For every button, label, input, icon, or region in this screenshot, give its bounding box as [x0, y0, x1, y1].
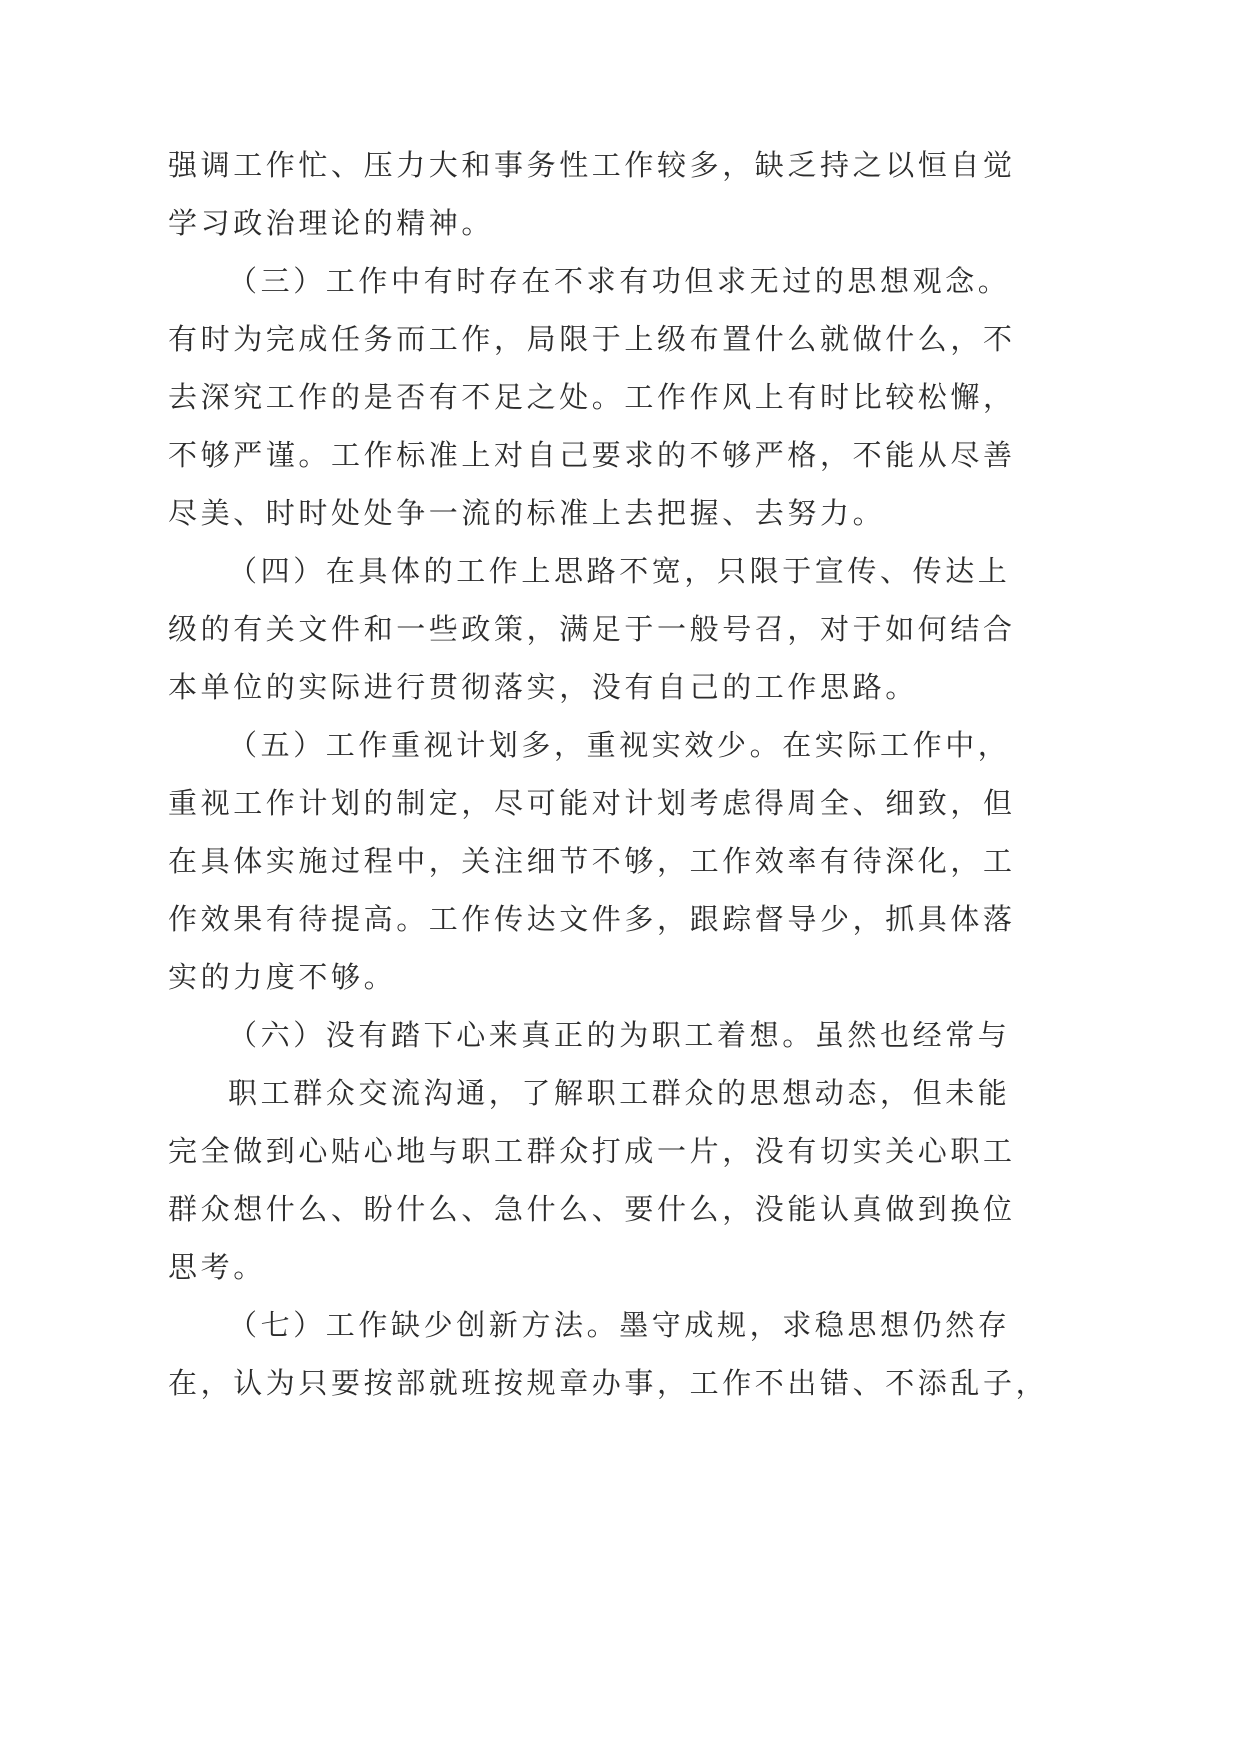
text-line: 学习政治理论的精神。 — [168, 203, 948, 243]
text-line: 群众想什么、盼什么、急什么、要什么，没能认真做到换位 — [168, 1189, 948, 1229]
text-line: 完全做到心贴心地与职工群众打成一片，没有切实关心职工 — [168, 1131, 948, 1171]
text-line: 实的力度不够。 — [168, 957, 948, 997]
text-line: 强调工作忙、压力大和事务性工作较多，缺乏持之以恒自觉 — [168, 145, 948, 185]
section-heading-4: （四）在具体的工作上思路不宽，只限于宣传、传达上 — [228, 551, 948, 591]
text-line: 重视工作计划的制定，尽可能对计划考虑得周全、细致，但 — [168, 783, 948, 823]
text-line: 尽美、时时处处争一流的标准上去把握、去努力。 — [168, 493, 948, 533]
text-line: 思考。 — [168, 1247, 948, 1287]
text-line: 有时为完成任务而工作，局限于上级布置什么就做什么，不 — [168, 319, 948, 359]
document-page: 强调工作忙、压力大和事务性工作较多，缺乏持之以恒自觉 学习政治理论的精神。 （三… — [0, 0, 1241, 1755]
text-line: 作效果有待提高。工作传达文件多，跟踪督导少，抓具体落 — [168, 899, 948, 939]
section-heading-6: （六）没有踏下心来真正的为职工着想。虽然也经常与 — [228, 1015, 948, 1055]
text-line: 职工群众交流沟通，了解职工群众的思想动态，但未能 — [228, 1073, 948, 1113]
text-line: 本单位的实际进行贯彻落实，没有自己的工作思路。 — [168, 667, 948, 707]
text-line: 不够严谨。工作标准上对自己要求的不够严格，不能从尽善 — [168, 435, 948, 475]
section-heading-3: （三）工作中有时存在不求有功但求无过的思想观念。 — [228, 261, 948, 301]
section-heading-5: （五）工作重视计划多，重视实效少。在实际工作中， — [228, 725, 948, 765]
text-line: 去深究工作的是否有不足之处。工作作风上有时比较松懈， — [168, 377, 948, 417]
text-line: 级的有关文件和一些政策，满足于一般号召，对于如何结合 — [168, 609, 948, 649]
text-line: 在具体实施过程中，关注细节不够，工作效率有待深化，工 — [168, 841, 948, 881]
section-heading-7: （七）工作缺少创新方法。墨守成规，求稳思想仍然存 — [228, 1305, 948, 1345]
text-line: 在，认为只要按部就班按规章办事，工作不出错、不添乱子， — [168, 1363, 948, 1403]
